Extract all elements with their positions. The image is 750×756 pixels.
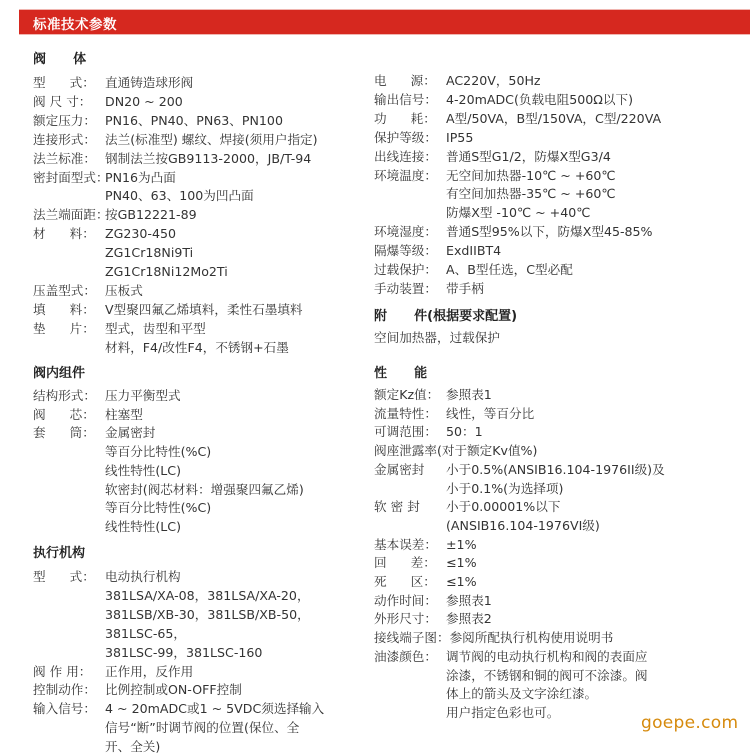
spec-value: 体上的箭头及文字涂红漆。 bbox=[446, 686, 597, 701]
spec-label: 套 筒： bbox=[33, 423, 105, 442]
spec-row: 基本误差：±1% bbox=[374, 535, 477, 554]
spec-label: 型 式： bbox=[33, 73, 105, 92]
spec-value: 无空间加热器-10℃ ~ +60℃ bbox=[446, 168, 616, 183]
spec-row: ZG1Cr18Ni12Mo2Ti bbox=[33, 262, 228, 281]
spec-row: 开、全关) bbox=[33, 737, 160, 756]
spec-row: ZG1Cr18Ni9Ti bbox=[33, 243, 193, 262]
spec-value: 阀座泄露率(对于额定Kv值%) bbox=[374, 443, 537, 458]
spec-row: 环境温度：无空间加热器-10℃ ~ +60℃ bbox=[374, 166, 616, 185]
spec-value: PN16、PN40、PN63、PN100 bbox=[105, 113, 283, 128]
spec-row: 软 密 封小于0.00001%以下 bbox=[374, 497, 560, 516]
spec-row: 手动装置：带手柄 bbox=[374, 279, 484, 298]
spec-label: 过载保护： bbox=[374, 260, 446, 279]
spec-value: AC220V，50Hz bbox=[446, 73, 541, 88]
spec-row: 功 耗：A型/50VA，B型/150VA，C型/220VA bbox=[374, 109, 661, 128]
spec-value: 381LSB/XB-30，381LSB/XB-50， bbox=[105, 607, 310, 622]
spec-value: 普通S型G1/2，防爆X型G3/4 bbox=[446, 149, 611, 164]
spec-value: ExdIIBT4 bbox=[446, 243, 501, 258]
spec-label: 额定压力： bbox=[33, 111, 105, 130]
spec-label: 材 料： bbox=[33, 224, 105, 243]
spec-value: 按GB12221-89 bbox=[105, 207, 197, 222]
section-title-performance: 性 能 bbox=[374, 362, 427, 381]
spec-value: 型式，齿型和平型 bbox=[105, 321, 206, 336]
spec-row: 信号“断”时调节阀的位置(保位、全 bbox=[33, 718, 299, 737]
spec-row: 材 料：ZG230-450 bbox=[33, 224, 176, 243]
spec-label: 金属密封 bbox=[374, 460, 446, 479]
spec-value: 防爆X型 -10℃ ~ +40℃ bbox=[446, 205, 590, 220]
spec-label: 电 源： bbox=[374, 71, 446, 90]
spec-value: 参照表1 bbox=[446, 593, 492, 608]
spec-row: 可调范围：50：1 bbox=[374, 422, 483, 441]
spec-value: 381LSA/XA-08，381LSA/XA-20， bbox=[105, 588, 310, 603]
spec-label: 流量特性： bbox=[374, 404, 446, 423]
spec-row: 填 料：V型聚四氟乙烯填料，柔性石墨填料 bbox=[33, 300, 303, 319]
spec-value: 开、全关) bbox=[105, 739, 160, 754]
spec-value: ZG230-450 bbox=[105, 226, 176, 241]
spec-label: 手动装置： bbox=[374, 279, 446, 298]
spec-value: PN40、63、100为凹凸面 bbox=[105, 188, 254, 203]
spec-value: 钢制法兰按GB9113-2000，JB/T-94 bbox=[105, 151, 311, 166]
spec-row: 密封面型式：PN16为凸面 bbox=[33, 168, 176, 187]
spec-value: 软密封(阀芯材料：增强聚四氟乙烯) bbox=[105, 482, 304, 497]
accessories-text: 空间加热器，过载保护 bbox=[374, 328, 500, 347]
spec-label: 阀 芯： bbox=[33, 405, 105, 424]
spec-row: 过载保护：A、B型任选，C型必配 bbox=[374, 260, 573, 279]
spec-row: 接线端子图：参阅所配执行机构使用说明书 bbox=[374, 628, 613, 647]
spec-label: 额定Kz值： bbox=[374, 385, 446, 404]
spec-value: 用户指定色彩也可。 bbox=[446, 705, 559, 720]
spec-row: 金属密封小于0.5%(ANSIB16.104-1976II级)及 bbox=[374, 460, 665, 479]
spec-row: 线性特性(LC) bbox=[33, 517, 181, 536]
spec-row: 动作时间：参照表1 bbox=[374, 591, 492, 610]
spec-row: 垫 片：型式，齿型和平型 bbox=[33, 319, 206, 338]
spec-value: 线性特性(LC) bbox=[105, 519, 181, 534]
spec-value: 电动执行机构 bbox=[105, 569, 181, 584]
spec-row: 环境湿度：普通S型95%以下，防爆X型45-85% bbox=[374, 222, 653, 241]
spec-row: 保护等级：IP55 bbox=[374, 128, 473, 147]
spec-value: 带手柄 bbox=[446, 281, 484, 296]
spec-row: 体上的箭头及文字涂红漆。 bbox=[374, 684, 597, 703]
spec-label: 基本误差： bbox=[374, 535, 446, 554]
spec-label: 阀 尺 寸： bbox=[33, 92, 105, 111]
spec-row: 型 式：电动执行机构 bbox=[33, 567, 181, 586]
spec-row: 用户指定色彩也可。 bbox=[374, 703, 559, 722]
spec-value: 4 ~ 20mADC或1 ~ 5VDC须选择输入 bbox=[105, 701, 324, 716]
spec-value: 4-20mADC(负载电阻500Ω以下) bbox=[446, 92, 633, 107]
spec-value: 381LSC-65， bbox=[105, 626, 186, 641]
section-header-bar: 标准技术参数 bbox=[19, 10, 750, 34]
section-title-accessories: 附 件(根据要求配置) bbox=[374, 305, 517, 324]
spec-label: 死 区： bbox=[374, 572, 446, 591]
section-title-valve-body: 阀 体 bbox=[33, 48, 86, 67]
spec-label: 法兰端面距： bbox=[33, 205, 105, 224]
spec-value: (ANSIB16.104-1976VI级) bbox=[446, 518, 600, 533]
spec-label: 功 耗： bbox=[374, 109, 446, 128]
spec-row: 防爆X型 -10℃ ~ +40℃ bbox=[374, 203, 590, 222]
spec-label: 连接形式： bbox=[33, 130, 105, 149]
spec-value: 涂漆，不锈钢和铜的阀可不涂漆。阀 bbox=[446, 668, 648, 683]
spec-value: 小于0.5%(ANSIB16.104-1976II级)及 bbox=[446, 462, 665, 477]
spec-value: 压板式 bbox=[105, 283, 143, 298]
spec-row: 外形尺寸：参照表2 bbox=[374, 609, 492, 628]
spec-row: 阀 芯：柱塞型 bbox=[33, 405, 143, 424]
spec-label: 阀 作 用： bbox=[33, 662, 105, 681]
spec-row: 额定压力：PN16、PN40、PN63、PN100 bbox=[33, 111, 283, 130]
section-title-actuator: 执行机构 bbox=[33, 542, 85, 561]
spec-row: 压盖型式：压板式 bbox=[33, 281, 143, 300]
spec-value: 等百分比特性(%C) bbox=[105, 500, 211, 515]
spec-label: 垫 片： bbox=[33, 319, 105, 338]
spec-row: 控制动作：比例控制或ON-OFF控制 bbox=[33, 680, 242, 699]
spec-value: ZG1Cr18Ni12Mo2Ti bbox=[105, 264, 228, 279]
spec-value: 381LSC-99，381LSC-160 bbox=[105, 645, 262, 660]
spec-label: 结构形式： bbox=[33, 386, 105, 405]
spec-row: 隔爆等级：ExdIIBT4 bbox=[374, 241, 501, 260]
spec-value: IP55 bbox=[446, 130, 473, 145]
spec-value: 线性，等百分比 bbox=[446, 406, 534, 421]
spec-label: 隔爆等级： bbox=[374, 241, 446, 260]
spec-row: 流量特性：线性，等百分比 bbox=[374, 404, 534, 423]
spec-value: 参照表2 bbox=[446, 611, 492, 626]
spec-label: 控制动作： bbox=[33, 680, 105, 699]
spec-row: 输入信号：4 ~ 20mADC或1 ~ 5VDC须选择输入 bbox=[33, 699, 324, 718]
spec-row: 电 源：AC220V，50Hz bbox=[374, 71, 541, 90]
spec-label: 输出信号： bbox=[374, 90, 446, 109]
spec-value: 参照表1 bbox=[446, 387, 492, 402]
spec-label: 压盖型式： bbox=[33, 281, 105, 300]
spec-row: 381LSB/XB-30，381LSB/XB-50， bbox=[33, 605, 310, 624]
spec-label: 填 料： bbox=[33, 300, 105, 319]
spec-label: 出线连接： bbox=[374, 147, 446, 166]
spec-value: 法兰(标准型) 螺纹、焊接(须用户指定) bbox=[105, 132, 318, 147]
spec-value: 调节阀的电动执行机构和阀的表面应 bbox=[446, 649, 648, 664]
spec-row: 额定Kz值：参照表1 bbox=[374, 385, 492, 404]
spec-row: 阀座泄露率(对于额定Kv值%) bbox=[374, 441, 537, 460]
spec-row: 连接形式：法兰(标准型) 螺纹、焊接(须用户指定) bbox=[33, 130, 318, 149]
spec-value: 小于0.1%(为选择项) bbox=[446, 481, 563, 496]
spec-row: 套 筒：金属密封 bbox=[33, 423, 155, 442]
spec-row: 涂漆，不锈钢和铜的阀可不涂漆。阀 bbox=[374, 666, 648, 685]
spec-row: (ANSIB16.104-1976VI级) bbox=[374, 516, 600, 535]
spec-label: 型 式： bbox=[33, 567, 105, 586]
spec-value: 普通S型95%以下，防爆X型45-85% bbox=[446, 224, 653, 239]
spec-value: PN16为凸面 bbox=[105, 170, 176, 185]
spec-value: 小于0.00001%以下 bbox=[446, 499, 560, 514]
spec-row: 阀 尺 寸：DN20 ~ 200 bbox=[33, 92, 183, 111]
spec-value: 有空间加热器-35℃ ~ +60℃ bbox=[446, 186, 616, 201]
spec-value: ±1% bbox=[446, 537, 477, 552]
spec-value: 正作用，反作用 bbox=[105, 664, 193, 679]
spec-value: 接线端子图：参阅所配执行机构使用说明书 bbox=[374, 630, 613, 645]
spec-value: 直通铸造球形阀 bbox=[105, 75, 193, 90]
spec-row: 法兰标准：钢制法兰按GB9113-2000，JB/T-94 bbox=[33, 149, 311, 168]
section-title-trim: 阀内组件 bbox=[33, 362, 85, 381]
spec-label: 外形尺寸： bbox=[374, 609, 446, 628]
spec-label: 油漆颜色： bbox=[374, 647, 446, 666]
spec-value: 信号“断”时调节阀的位置(保位、全 bbox=[105, 720, 299, 735]
spec-value: 金属密封 bbox=[105, 425, 155, 440]
spec-value: ZG1Cr18Ni9Ti bbox=[105, 245, 193, 260]
spec-label: 动作时间： bbox=[374, 591, 446, 610]
spec-value: A型/50VA，B型/150VA，C型/220VA bbox=[446, 111, 661, 126]
spec-label: 软 密 封 bbox=[374, 497, 446, 516]
spec-row: 结构形式：压力平衡型式 bbox=[33, 386, 181, 405]
spec-value: 等百分比特性(%C) bbox=[105, 444, 211, 459]
spec-row: 出线连接：普通S型G1/2，防爆X型G3/4 bbox=[374, 147, 611, 166]
page-title: 标准技术参数 bbox=[33, 13, 117, 33]
spec-row: 死 区：≤1% bbox=[374, 572, 477, 591]
spec-row: 材料，F4/改性F4，不锈钢+石墨 bbox=[33, 338, 289, 357]
spec-label: 环境湿度： bbox=[374, 222, 446, 241]
spec-label: 回 差： bbox=[374, 553, 446, 572]
spec-row: 等百分比特性(%C) bbox=[33, 442, 211, 461]
spec-label: 保护等级： bbox=[374, 128, 446, 147]
spec-label: 法兰标准： bbox=[33, 149, 105, 168]
spec-value: 压力平衡型式 bbox=[105, 388, 181, 403]
spec-label: 环境温度： bbox=[374, 166, 446, 185]
spec-row: 381LSC-99，381LSC-160 bbox=[33, 643, 262, 662]
spec-row: 型 式：直通铸造球形阀 bbox=[33, 73, 193, 92]
watermark: goepe.com bbox=[641, 713, 738, 733]
spec-row: PN40、63、100为凹凸面 bbox=[33, 186, 254, 205]
spec-label: 输入信号： bbox=[33, 699, 105, 718]
spec-row: 381LSA/XA-08，381LSA/XA-20， bbox=[33, 586, 310, 605]
spec-row: 381LSC-65， bbox=[33, 624, 186, 643]
spec-label: 可调范围： bbox=[374, 422, 446, 441]
spec-row: 软密封(阀芯材料：增强聚四氟乙烯) bbox=[33, 480, 304, 499]
spec-value: DN20 ~ 200 bbox=[105, 94, 183, 109]
spec-value: 50：1 bbox=[446, 424, 483, 439]
spec-value: 柱塞型 bbox=[105, 407, 143, 422]
spec-value: ≤1% bbox=[446, 555, 477, 570]
spec-row: 阀 作 用：正作用，反作用 bbox=[33, 662, 193, 681]
spec-row: 等百分比特性(%C) bbox=[33, 498, 211, 517]
spec-row: 有空间加热器-35℃ ~ +60℃ bbox=[374, 184, 616, 203]
spec-row: 回 差：≤1% bbox=[374, 553, 477, 572]
spec-value: 比例控制或ON-OFF控制 bbox=[105, 682, 242, 697]
spec-value: 材料，F4/改性F4，不锈钢+石墨 bbox=[105, 340, 289, 355]
spec-value: 线性特性(LC) bbox=[105, 463, 181, 478]
spec-row: 输出信号：4-20mADC(负载电阻500Ω以下) bbox=[374, 90, 633, 109]
spec-row: 法兰端面距：按GB12221-89 bbox=[33, 205, 197, 224]
spec-row: 小于0.1%(为选择项) bbox=[374, 479, 563, 498]
spec-value: ≤1% bbox=[446, 574, 477, 589]
spec-value: A、B型任选，C型必配 bbox=[446, 262, 573, 277]
spec-label: 密封面型式： bbox=[33, 168, 105, 187]
spec-row: 油漆颜色：调节阀的电动执行机构和阀的表面应 bbox=[374, 647, 648, 666]
spec-value: V型聚四氟乙烯填料，柔性石墨填料 bbox=[105, 302, 303, 317]
spec-row: 线性特性(LC) bbox=[33, 461, 181, 480]
